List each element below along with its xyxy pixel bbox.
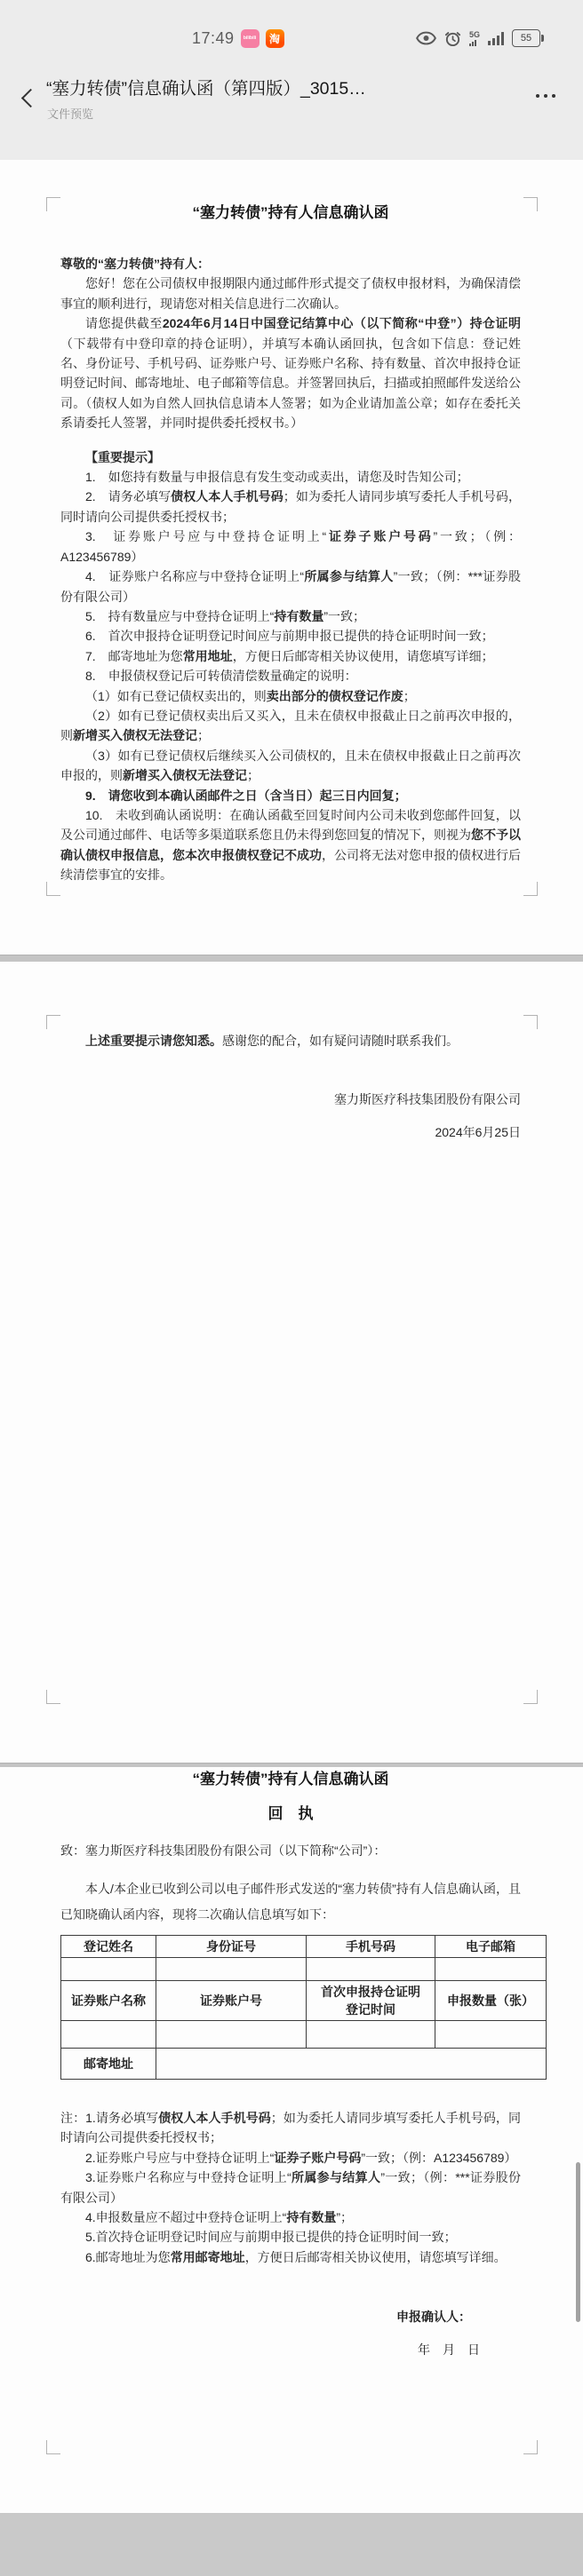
table-header-cell: 首次申报持仓证明 登记时间 xyxy=(307,1981,435,2021)
document-paragraph: 3. 证券账户号应与中登持仓证明上“证券子账户号码”一致；（例：A1234567… xyxy=(60,527,521,567)
document-paragraph: （1）如有已登记债权卖出的，则卖出部分的债权登记作废； xyxy=(60,686,521,706)
table-header-cell: 邮寄地址 xyxy=(61,2049,156,2080)
document-viewport[interactable]: “塞力转债”持有人信息确认函 尊敬的“塞力转债”持有人： 您好！您在公司债权申报… xyxy=(0,160,583,2576)
salutation: 尊敬的“塞力转债”持有人： xyxy=(60,254,521,273)
document-paragraph: 1. 如您持有数量与申报信息有发生变动或卖出，请您及时告知公司； xyxy=(60,467,521,487)
file-preview-label: 文件预览 xyxy=(47,105,93,122)
table-row: 邮寄地址 xyxy=(61,2049,547,2080)
crop-mark xyxy=(46,882,60,896)
table-header-cell: 身份证号 xyxy=(156,1936,307,1958)
more-menu-button[interactable] xyxy=(528,83,563,108)
taobao-icon: 淘 xyxy=(266,29,284,48)
table-blank-cell xyxy=(307,2021,435,2049)
document-paragraph: 请您提供截至2024年6月14日中国登记结算中心（以下简称“中登”）持仓证明（下… xyxy=(60,313,521,432)
crop-mark xyxy=(46,2440,60,2454)
note-paragraph: 2.证券账户号应与中登持仓证明上“证券子账户号码”一致；（例：A12345678… xyxy=(60,2148,521,2168)
document-paragraph: 8. 申报债权登记后可转债清偿数量确定的说明： xyxy=(60,666,521,686)
crop-mark xyxy=(523,197,538,211)
more-dots-icon xyxy=(536,94,540,99)
reply-form-title: “塞力转债”持有人信息确认函 xyxy=(60,1767,521,1789)
table-blank-cell xyxy=(435,2021,547,2049)
table-blank-cell xyxy=(156,2021,307,2049)
status-time: 17:49 xyxy=(192,29,235,48)
table-row: 证券账户名称证券账户号首次申报持仓证明 登记时间申报数量（张） xyxy=(61,1981,547,2021)
addressee-line: 致：塞力斯医疗科技集团股份有限公司（以下简称“公司”）： xyxy=(60,1838,521,1864)
document-paragraph: 5. 持有数量应与中登持仓证明上“持有数量”一致； xyxy=(60,606,521,626)
network-5g-icon: 5G xyxy=(469,31,480,46)
table-header-cell: 证券账户名称 xyxy=(61,1981,156,2021)
document-paragraph: 6. 首次申报持仓证明登记时间应与前期申报已提供的持仓证明时间一致； xyxy=(60,626,521,646)
table-blank-cell xyxy=(61,2021,156,2049)
scrollbar-thumb[interactable] xyxy=(576,2162,580,2322)
table-header-cell: 申报数量（张） xyxy=(435,1981,547,2021)
table-row xyxy=(61,2021,547,2049)
chevron-left-icon xyxy=(21,88,40,107)
document-page-1: “塞力转债”持有人信息确认函 尊敬的“塞力转债”持有人： 您好！您在公司债权申报… xyxy=(0,160,583,955)
document-paragraph: 7. 邮寄地址为您常用地址，方便日后邮寄相关协议使用，请您填写详细； xyxy=(60,646,521,666)
document-page-2: 上述重要提示请您知悉。感谢您的配合，如有疑问请随时联系我们。 塞力斯医疗科技集团… xyxy=(0,962,583,1763)
crop-mark xyxy=(523,1015,538,1029)
table-blank-cell xyxy=(435,1958,547,1981)
battery-percent: 55 xyxy=(521,33,531,44)
note-paragraph: 4.申报数量应不超过中登持仓证明上“持有数量”； xyxy=(60,2207,521,2227)
table-blank-cell xyxy=(307,1958,435,1981)
table-row xyxy=(61,1958,547,1981)
document-paragraph: 2. 请务必填写债权人本人手机号码；如为委托人请同步填写委托人手机号码，同时请向… xyxy=(60,487,521,527)
signature-company: 塞力斯医疗科技集团股份有限公司 xyxy=(60,1090,521,1109)
app-header: “塞力转债”信息确认函（第四版）_3015… 文件预览 xyxy=(0,69,583,158)
table-header-cell: 电子邮箱 xyxy=(435,1936,547,1958)
table-header-cell: 手机号码 xyxy=(307,1936,435,1958)
crop-mark xyxy=(523,882,538,896)
document-paragraph: 【重要提示】 xyxy=(60,448,521,467)
table-header-cell: 登记姓名 xyxy=(61,1936,156,1958)
date-blank-line: 年 月 日 xyxy=(60,2341,521,2358)
document-paragraph: （2）如有已登记债权卖出后又买入，且未在债权申报截止日之前再次申报的，则新增买入… xyxy=(60,706,521,746)
crop-mark xyxy=(46,1015,60,1029)
confirmer-label: 申报确认人： xyxy=(60,2308,521,2326)
signal-bars-icon xyxy=(488,31,504,45)
table-row: 登记姓名身份证号手机号码电子邮箱 xyxy=(61,1936,547,1958)
document-title: “塞力转债”持有人信息确认函 xyxy=(60,160,521,225)
signature-date: 2024年6月25日 xyxy=(60,1122,521,1142)
bilibili-icon: bilibili xyxy=(241,29,260,48)
reply-intro-paragraph: 本人/本企业已收到公司以电子邮件形式发送的“塞力转债”持有人信息确认函，且已知晓… xyxy=(60,1876,521,1928)
crop-mark xyxy=(46,197,60,211)
note-paragraph: 注：1.请务必填写债权人本人手机号码；如为委托人请同步填写委托人手机号码，同时请… xyxy=(60,2108,521,2148)
document-paragraph: 您好！您在公司债权申报期限内通过邮件形式提交了债权申报材料，为确保清偿事宜的顺利… xyxy=(60,273,521,313)
status-bar-left: 17:49 bilibili 淘 xyxy=(192,27,284,50)
table-blank-cell xyxy=(156,1958,307,1981)
reply-info-table: 登记姓名身份证号手机号码电子邮箱证券账户名称证券账户号首次申报持仓证明 登记时间… xyxy=(60,1935,547,2080)
document-paragraph: （3）如有已登记债权后继续买入公司债权的，且未在债权申报截止日之前再次申报的，则… xyxy=(60,746,521,786)
table-header-cell: 证券账户号 xyxy=(156,1981,307,2021)
crop-mark xyxy=(523,2440,538,2454)
battery-icon: 55 xyxy=(512,29,544,47)
status-bar-right: 5G 55 xyxy=(416,27,544,50)
crop-mark xyxy=(523,1690,538,1704)
note-paragraph: 6.邮寄地址为您常用邮寄地址，方便日后邮寄相关协议使用，请您填写详细。 xyxy=(60,2247,521,2267)
closing-paragraph: 上述重要提示请您知悉。感谢您的配合，如有疑问请随时联系我们。 xyxy=(60,1031,521,1050)
back-button[interactable] xyxy=(12,78,44,117)
top-chrome: 17:49 bilibili 淘 5G 55 “塞力转债”信息确认函（第四版）_… xyxy=(0,0,583,161)
document-page-3: “塞力转债”持有人信息确认函 回 执 致：塞力斯医疗科技集团股份有限公司（以下简… xyxy=(0,1767,583,2513)
note-paragraph: 5.首次持仓证明登记时间应与前期申报已提供的持仓证明时间一致； xyxy=(60,2227,521,2247)
file-title: “塞力转债”信息确认函（第四版）_3015… xyxy=(46,75,491,99)
alarm-clock-icon xyxy=(444,30,461,47)
document-paragraph: 4. 证券账户名称应与中登持仓证明上“所属参与结算人”一致；（例：***证券股份… xyxy=(60,567,521,606)
document-paragraph: 9. 请您收到本确认函邮件之日（含当日）起三日内回复； xyxy=(60,786,521,805)
document-paragraph: 10. 未收到确认函说明：在确认函截至回复时间内公司未收到您邮件回复，以及公司通… xyxy=(60,805,521,885)
note-paragraph: 3.证券账户名称应与中登持仓证明上“所属参与结算人”一致；（例：***证券股份有… xyxy=(60,2168,521,2207)
crop-mark xyxy=(46,1690,60,1704)
reply-label: 回 执 xyxy=(60,1801,521,1823)
eye-protection-icon xyxy=(416,31,436,45)
table-blank-cell xyxy=(156,2049,547,2080)
table-blank-cell xyxy=(61,1958,156,1981)
